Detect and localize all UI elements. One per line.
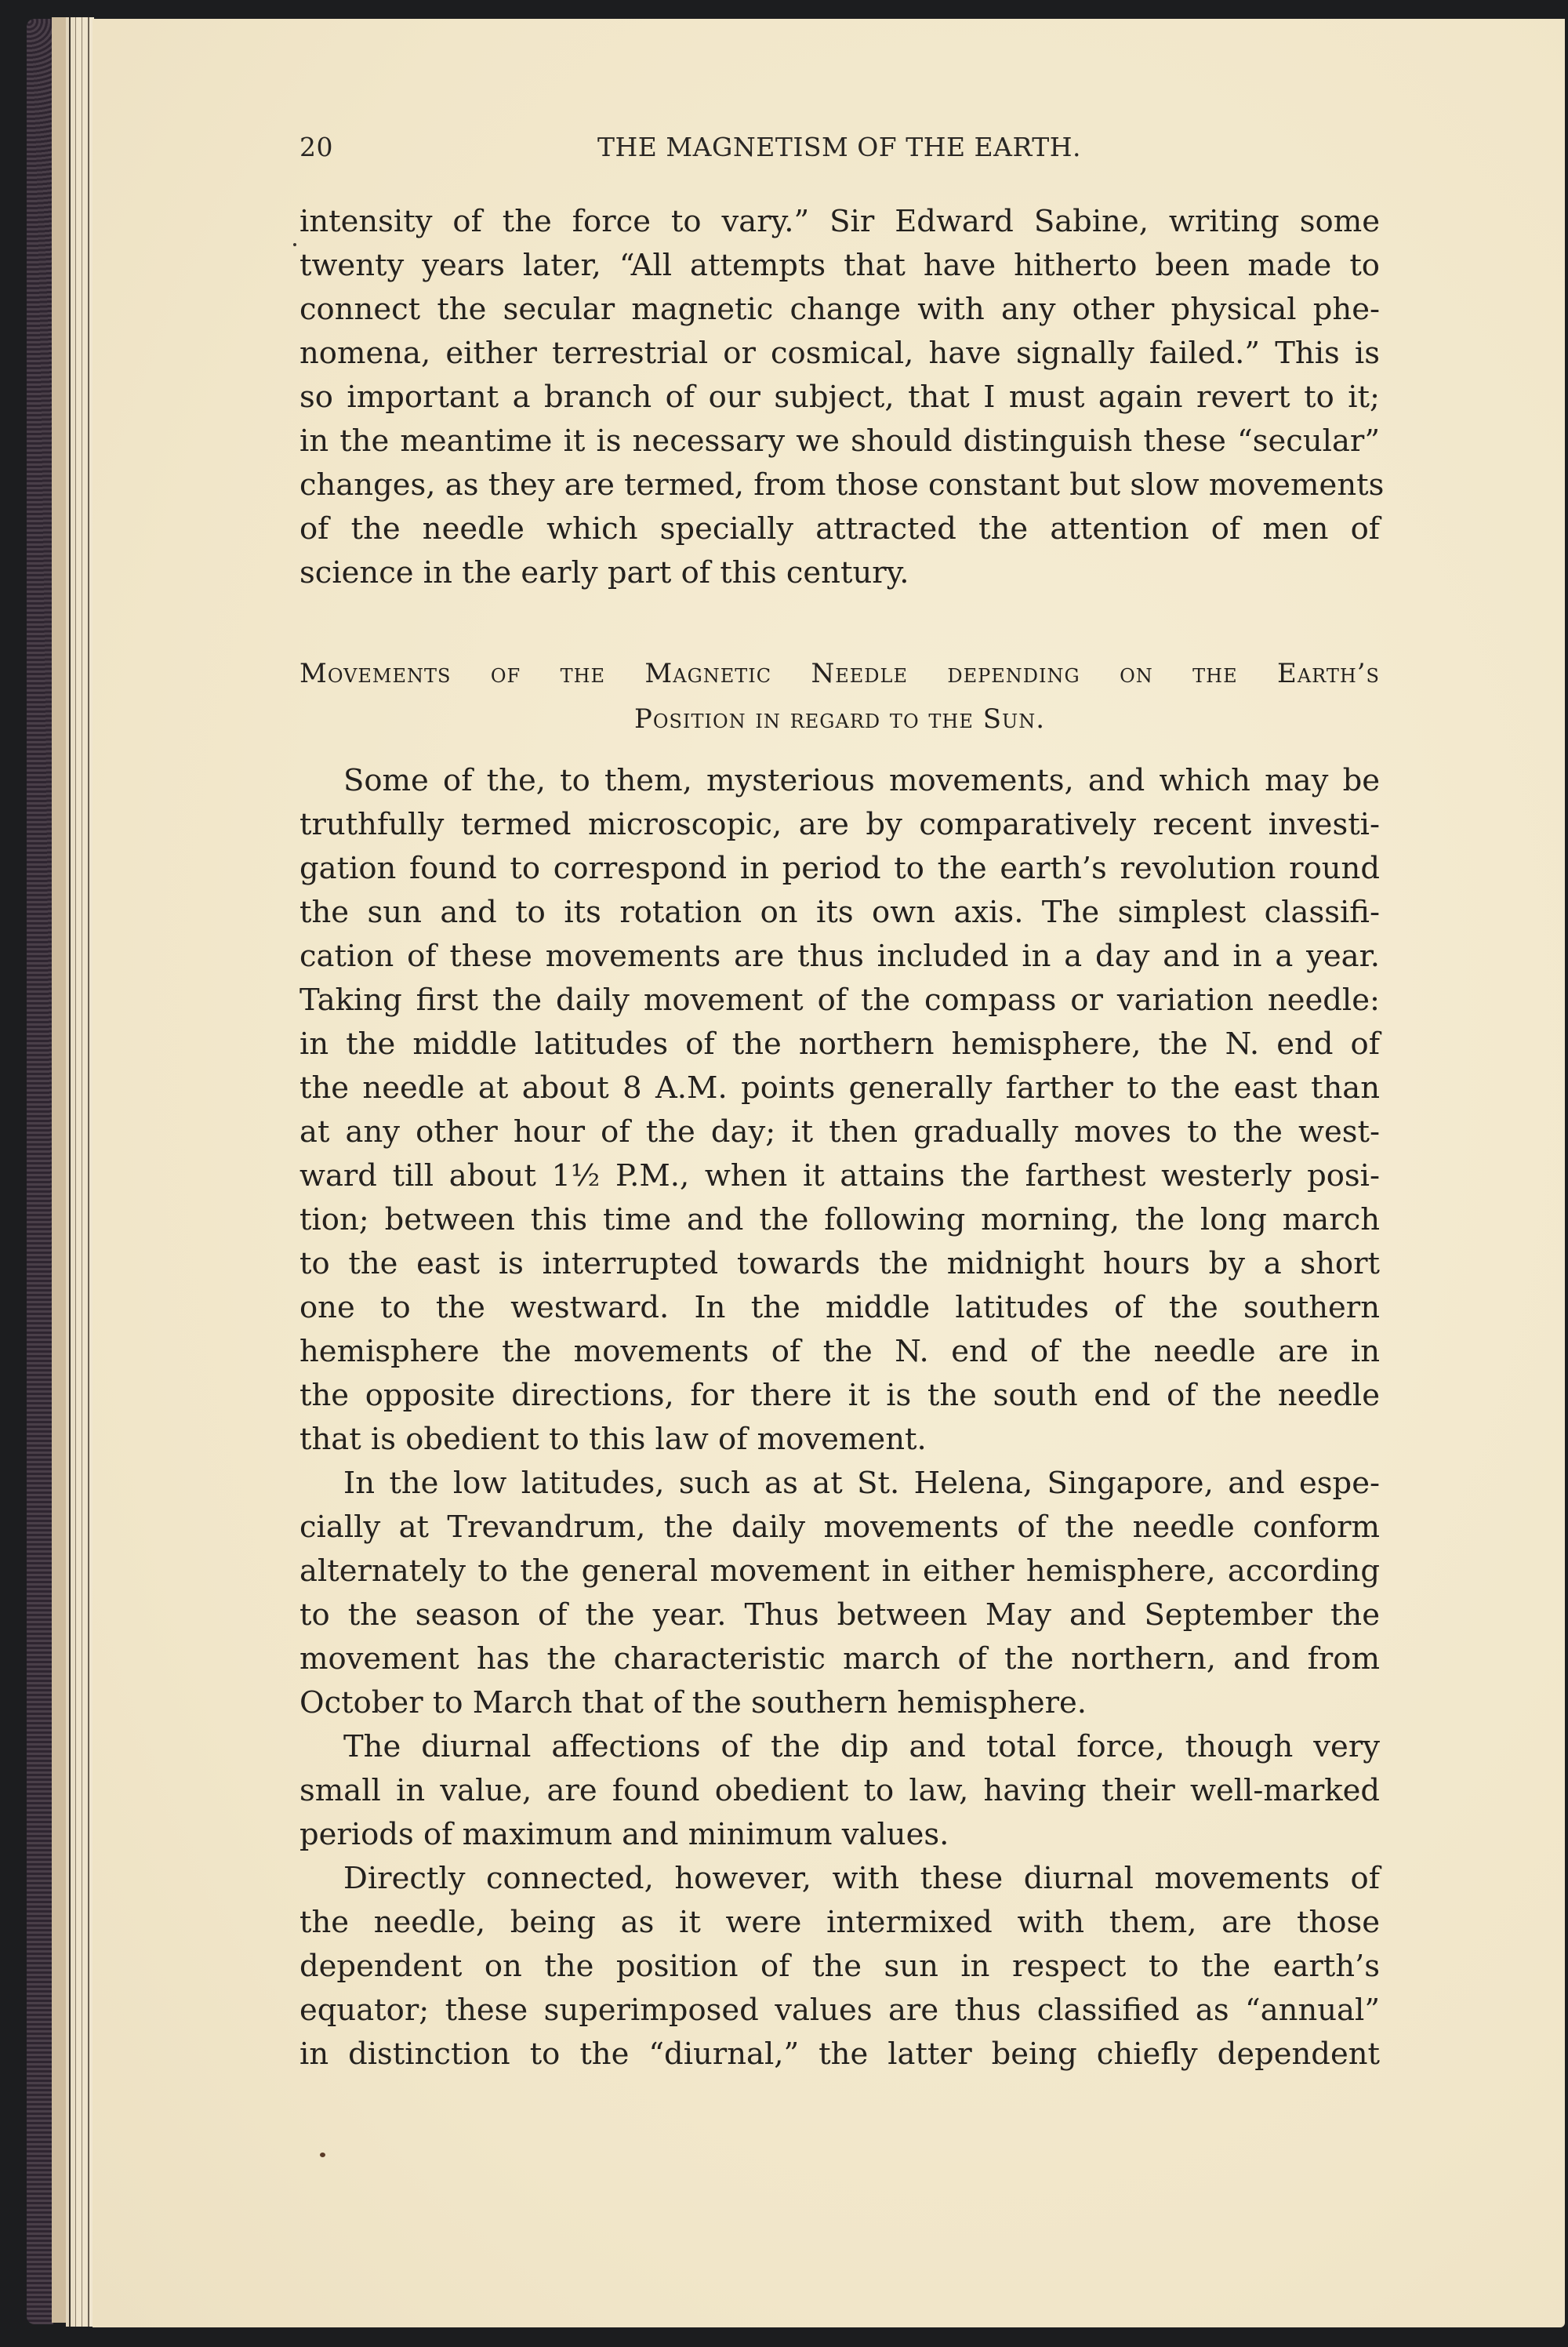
running-head: 20 THE MAGNETISM OF THE EARTH. <box>299 132 1389 163</box>
text-line: in the middle latitudes of the northern … <box>299 1023 1380 1066</box>
text-line: twenty years later, “All attempts that h… <box>299 244 1380 288</box>
text-line: Directly connected, however, with these … <box>299 1857 1380 1901</box>
endpaper-edge <box>52 17 67 2323</box>
book-cover-edge <box>27 19 53 2324</box>
text-line: equator; these superimposed values are t… <box>299 1989 1380 2033</box>
text-line: intensity of the force to vary.” Sir Edw… <box>299 200 1380 244</box>
text-line: cially at Trevandrum, the daily movement… <box>299 1506 1380 1550</box>
text-line: at any other hour of the day; it then gr… <box>299 1110 1380 1154</box>
paragraph-daily-movement: Some of the, to them, mysterious movemen… <box>299 759 1380 1462</box>
text-line: to the east is interrupted towards the m… <box>299 1242 1380 1286</box>
ink-spot <box>320 2153 325 2157</box>
text-line: Taking first the daily movement of the c… <box>299 979 1380 1023</box>
page-number: 20 <box>299 132 333 162</box>
text-line: Some of the, to them, mysterious movemen… <box>299 759 1380 803</box>
text-line: cation of these movements are thus inclu… <box>299 935 1380 979</box>
text-line: so important a branch of our subject, th… <box>299 376 1380 420</box>
text-line: the needle at about 8 A.M. points genera… <box>299 1066 1380 1110</box>
text-line: In the low latitudes, such as at St. Hel… <box>299 1462 1380 1506</box>
text-line: in the meantime it is necessary we shoul… <box>299 420 1380 463</box>
text-line: hemisphere the movements of the N. end o… <box>299 1330 1380 1374</box>
paragraph-diurnal-affections: The diurnal affections of the dip and to… <box>299 1725 1380 1857</box>
text-line: the opposite directions, for there it is… <box>299 1374 1380 1418</box>
running-head-title: THE MAGNETISM OF THE EARTH. <box>597 132 1081 162</box>
text-line: the needle, being as it were intermixed … <box>299 1901 1380 1945</box>
text-line: science in the early part of this centur… <box>299 551 1380 595</box>
text-line: changes, as they are termed, from those … <box>299 463 1380 507</box>
text-line: small in value, are found obedient to la… <box>299 1769 1380 1813</box>
text-line: in distinction to the “diurnal,” the lat… <box>299 2033 1380 2076</box>
text-line: gation found to correspond in period to … <box>299 847 1380 891</box>
text-line: movement has the characteristic march of… <box>299 1637 1380 1681</box>
text-line: to the season of the year. Thus between … <box>299 1593 1380 1637</box>
section-heading-line-1: Movements of the Magnetic Needle dependi… <box>299 651 1380 696</box>
text-line: tion; between this time and the followin… <box>299 1198 1380 1242</box>
text-line: dependent on the position of the sun in … <box>299 1945 1380 1989</box>
body-paragraphs: Some of the, to them, mysterious movemen… <box>299 759 1380 2076</box>
text-line: October to March that of the southern he… <box>299 1681 1380 1725</box>
text-line: nomena, either terrestrial or cosmical, … <box>299 332 1380 376</box>
page-stack-edges <box>66 17 94 2327</box>
paragraph-low-latitudes: In the low latitudes, such as at St. Hel… <box>299 1462 1380 1725</box>
paragraph-annual-movements: Directly connected, however, with these … <box>299 1857 1380 2076</box>
section-heading: Movements of the Magnetic Needle dependi… <box>299 651 1380 742</box>
text-line: alternately to the general movement in e… <box>299 1550 1380 1593</box>
text-line: connect the secular magnetic change with… <box>299 288 1380 332</box>
text-line: The diurnal affections of the dip and to… <box>299 1725 1380 1769</box>
text-line: truthfully termed microscopic, are by co… <box>299 803 1380 847</box>
paper-speck <box>293 243 296 246</box>
text-line: the sun and to its rotation on its own a… <box>299 891 1380 935</box>
section-heading-line-2: Position in regard to the Sun. <box>299 696 1380 742</box>
text-line: ward till about 1½ P.M., when it attains… <box>299 1154 1380 1198</box>
paragraph-continued: intensity of the force to vary.” Sir Edw… <box>299 200 1380 595</box>
text-line: of the needle which specially attracted … <box>299 507 1380 551</box>
text-line: one to the westward. In the middle latit… <box>299 1286 1380 1330</box>
text-line: that is obedient to this law of movement… <box>299 1418 1380 1462</box>
text-line: periods of maximum and minimum values. <box>299 1813 1380 1857</box>
